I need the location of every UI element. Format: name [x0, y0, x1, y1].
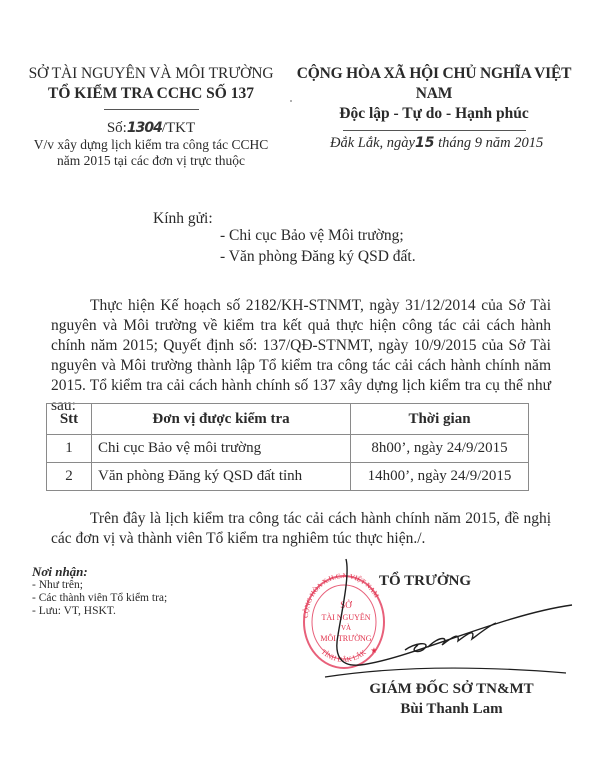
subject-line-1: V/v xây dựng lịch kiểm tra công tác CCHC [20, 137, 282, 153]
distribution-item: - Như trên; [32, 579, 167, 592]
header-unit: Đơn vị được kiểm tra [92, 404, 351, 435]
distribution-title: Nơi nhận: [32, 565, 167, 579]
table-row: 2 Văn phòng Đăng ký QSD đất tỉnh 14h00’,… [47, 463, 529, 491]
day-handwritten: 15 [415, 135, 434, 151]
cell-stt: 2 [47, 463, 92, 491]
inspection-schedule-table: Stt Đơn vị được kiểm tra Thời gian 1 Chi… [46, 403, 529, 491]
header-stt: Stt [47, 404, 92, 435]
greeting: Kính gửi: [153, 209, 213, 229]
nation-title: CỘNG HÒA XÃ HỘI CHỦ NGHĨA VIỆT NAM [284, 64, 584, 104]
doc-number-prefix: Số: [107, 120, 127, 136]
doc-number-suffix: /TKT [162, 120, 195, 136]
header-time: Thời gian [351, 404, 529, 435]
place-and-date: Đắk Lắk, ngày15 tháng 9 năm 2015 [330, 134, 570, 152]
distribution-list: Nơi nhận: - Như trên; - Các thành viên T… [32, 565, 167, 618]
cell-stt: 1 [47, 435, 92, 463]
place-date-suffix: tháng 9 năm 2015 [434, 135, 543, 151]
national-header-block: CỘNG HÒA XÃ HỘI CHỦ NGHĨA VIỆT NAM Độc l… [284, 64, 584, 131]
distribution-item: - Các thành viên Tổ kiểm tra; [32, 592, 167, 605]
issuing-agency-block: SỞ TÀI NGUYÊN VÀ MÔI TRƯỜNG TỔ KIỂM TRA … [20, 64, 282, 169]
recipient-item: - Văn phòng Đăng ký QSD đất. [220, 246, 416, 267]
place-date-prefix: Đắk Lắk, ngày [330, 135, 415, 151]
document-number: Số:1304/TKT [20, 119, 282, 137]
header-right-rule [343, 130, 526, 131]
signature-title: TỔ TRƯỞNG [379, 572, 471, 590]
recipient-list: - Chi cục Bảo vệ Môi trường; - Văn phòng… [220, 225, 416, 267]
header-left-rule [104, 109, 199, 110]
cell-unit: Chi cục Bảo vệ môi trường [92, 435, 351, 463]
cell-unit: Văn phòng Đăng ký QSD đất tỉnh [92, 463, 351, 491]
cell-time: 8h00’, ngày 24/9/2015 [351, 435, 529, 463]
unit-name: TỔ KIỂM TRA CCHC SỐ 137 [20, 84, 282, 104]
body-paragraph: Thực hiện Kế hoạch số 2182/KH-STNMT, ngà… [51, 296, 551, 416]
distribution-item: - Lưu: VT, HSKT. [32, 605, 167, 618]
recipient-item: - Chi cục Bảo vệ Môi trường; [220, 225, 416, 246]
closing-paragraph: Trên đây là lịch kiểm tra công tác cải c… [51, 509, 551, 549]
signer-name: Bùi Thanh Lam [344, 700, 559, 718]
signer-position: GIÁM ĐỐC SỞ TN&MT [344, 680, 559, 698]
table-row: 1 Chi cục Bảo vệ môi trường 8h00’, ngày … [47, 435, 529, 463]
cell-time: 14h00’, ngày 24/9/2015 [351, 463, 529, 491]
subject-line-2: năm 2015 tại các đơn vị trực thuộc [20, 153, 282, 169]
national-motto: Độc lập - Tự do - Hạnh phúc [284, 104, 584, 124]
doc-number-handwritten: 1304 [127, 120, 162, 136]
agency-name: SỞ TÀI NGUYÊN VÀ MÔI TRƯỜNG [20, 64, 282, 84]
table-header-row: Stt Đơn vị được kiểm tra Thời gian [47, 404, 529, 435]
